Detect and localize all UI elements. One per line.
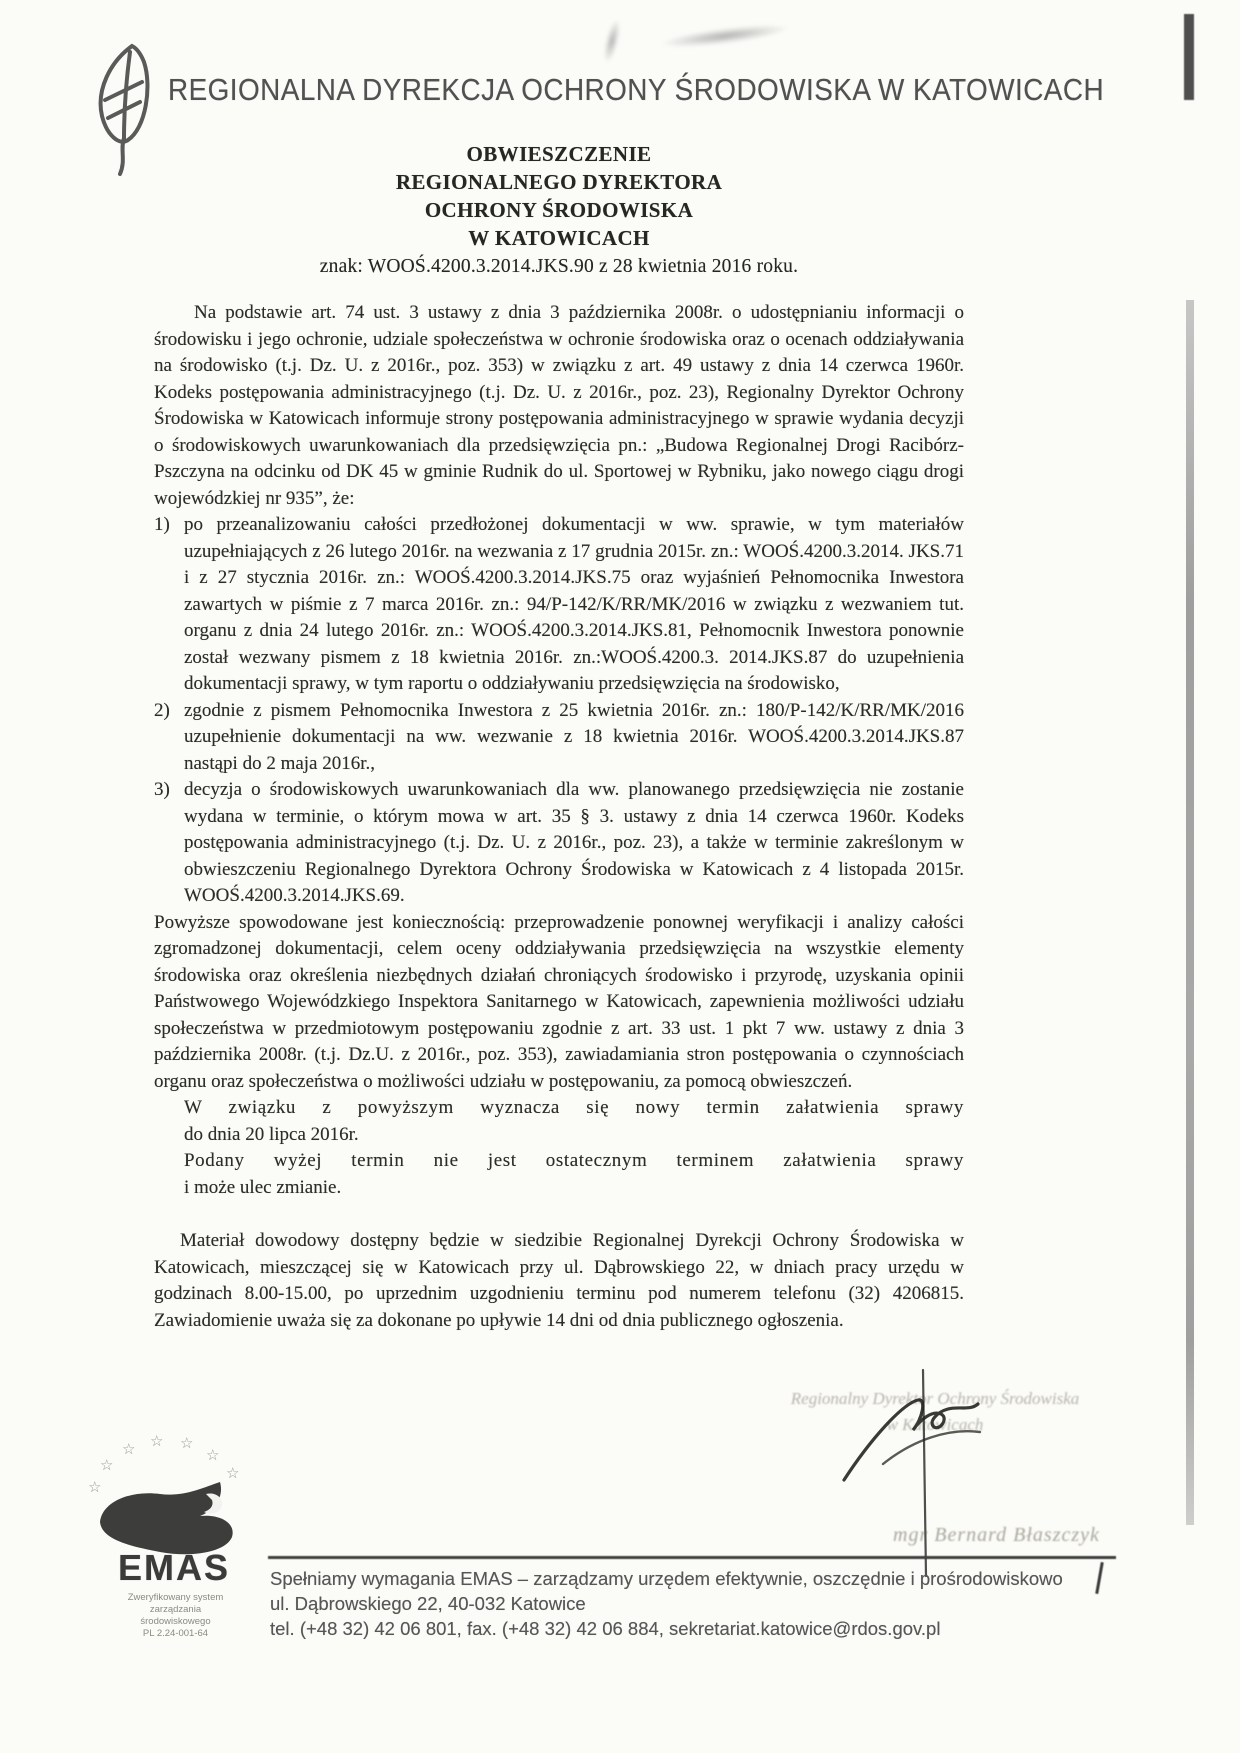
title-line-2: REGIONALNEGO DYREKTORA [154, 168, 964, 196]
new-deadline-paragraph: W związku z powyższym wyznacza się nowy … [184, 1095, 964, 1148]
title-line-1: OBWIESZCZENIE [154, 140, 964, 168]
scan-edge-artifact [1186, 300, 1194, 1525]
star-icon: ☆ [180, 1434, 193, 1453]
closing-paragraph: Materiał dowodowy dostępny będzie w sied… [154, 1228, 964, 1334]
list-item-number: 1) [154, 512, 184, 698]
list-item-number: 3) [154, 777, 184, 910]
star-icon: ☆ [150, 1432, 163, 1451]
explanation-paragraph: Powyższe spowodowane jest koniecznością:… [154, 910, 964, 1096]
star-icon: ☆ [206, 1446, 219, 1465]
deadline-note-line-2: i może ulec zmianie. [184, 1175, 964, 1202]
list-item: 2) zgodnie z pismem Pełnomocnika Inwesto… [154, 698, 964, 778]
list-item-number: 2) [154, 698, 184, 778]
emas-label: EMAS [94, 1547, 254, 1589]
signer-name: mgr Bernard Błaszczyk [893, 1524, 1153, 1547]
footer-contact-block: Spełniamy wymagania EMAS – zarządzamy ur… [270, 1566, 1130, 1641]
emas-logo: ☆ ☆ ☆ ☆ ☆ ☆ ☆ EMAS Zweryfikowany system … [88, 1432, 263, 1647]
org-name: REGIONALNA DYREKCJA OCHRONY ŚRODOWISKA W… [168, 72, 1104, 108]
list-item-text: po przeanalizowaniu całości przedłożonej… [184, 512, 964, 698]
document-body: Na podstawie art. 74 ust. 3 ustawy z dni… [154, 300, 964, 1334]
footer-divider [268, 1556, 1116, 1559]
list-item: 3) decyzja o środowiskowych uwarunkowani… [154, 777, 964, 910]
emas-claim: Spełniamy wymagania EMAS – zarządzamy ur… [270, 1566, 1130, 1591]
case-reference: znak: WOOŚ.4200.3.2014.JKS.90 z 28 kwiet… [154, 253, 964, 281]
emas-caption: Zweryfikowany system zarządzania środowi… [88, 1592, 263, 1640]
new-deadline-line-2: do dnia 20 lipca 2016r. [184, 1122, 964, 1149]
office-contact: tel. (+48 32) 42 06 801, fax. (+48 32) 4… [270, 1616, 1130, 1641]
document-title: OBWIESZCZENIE REGIONALNEGO DYREKTORA OCH… [154, 140, 964, 281]
list-item-text: decyzja o środowiskowych uwarunkowaniach… [184, 777, 964, 910]
deadline-note-paragraph: Podany wyżej termin nie jest ostatecznym… [184, 1148, 964, 1201]
title-line-3: OCHRONY ŚRODOWISKA [154, 196, 964, 224]
scan-smudge [601, 19, 623, 63]
scanned-document-page: REGIONALNA DYREKCJA OCHRONY ŚRODOWISKA W… [0, 0, 1240, 1753]
scan-smudge [660, 20, 791, 52]
office-address: ul. Dąbrowskiego 22, 40-032 Katowice [270, 1591, 1130, 1616]
list-item: 1) po przeanalizowaniu całości przedłożo… [154, 512, 964, 698]
star-icon: ☆ [100, 1456, 113, 1475]
deadline-note-line-1: Podany wyżej termin nie jest ostatecznym… [184, 1148, 964, 1175]
list-item-text: zgodnie z pismem Pełnomocnika Inwestora … [184, 698, 964, 778]
intro-paragraph: Na podstawie art. 74 ust. 3 ustawy z dni… [154, 300, 964, 512]
new-deadline-line-1: W związku z powyższym wyznacza się nowy … [184, 1095, 964, 1122]
scan-edge-artifact [1184, 14, 1194, 100]
star-icon: ☆ [122, 1440, 135, 1459]
title-line-4: W KATOWICACH [154, 224, 964, 252]
